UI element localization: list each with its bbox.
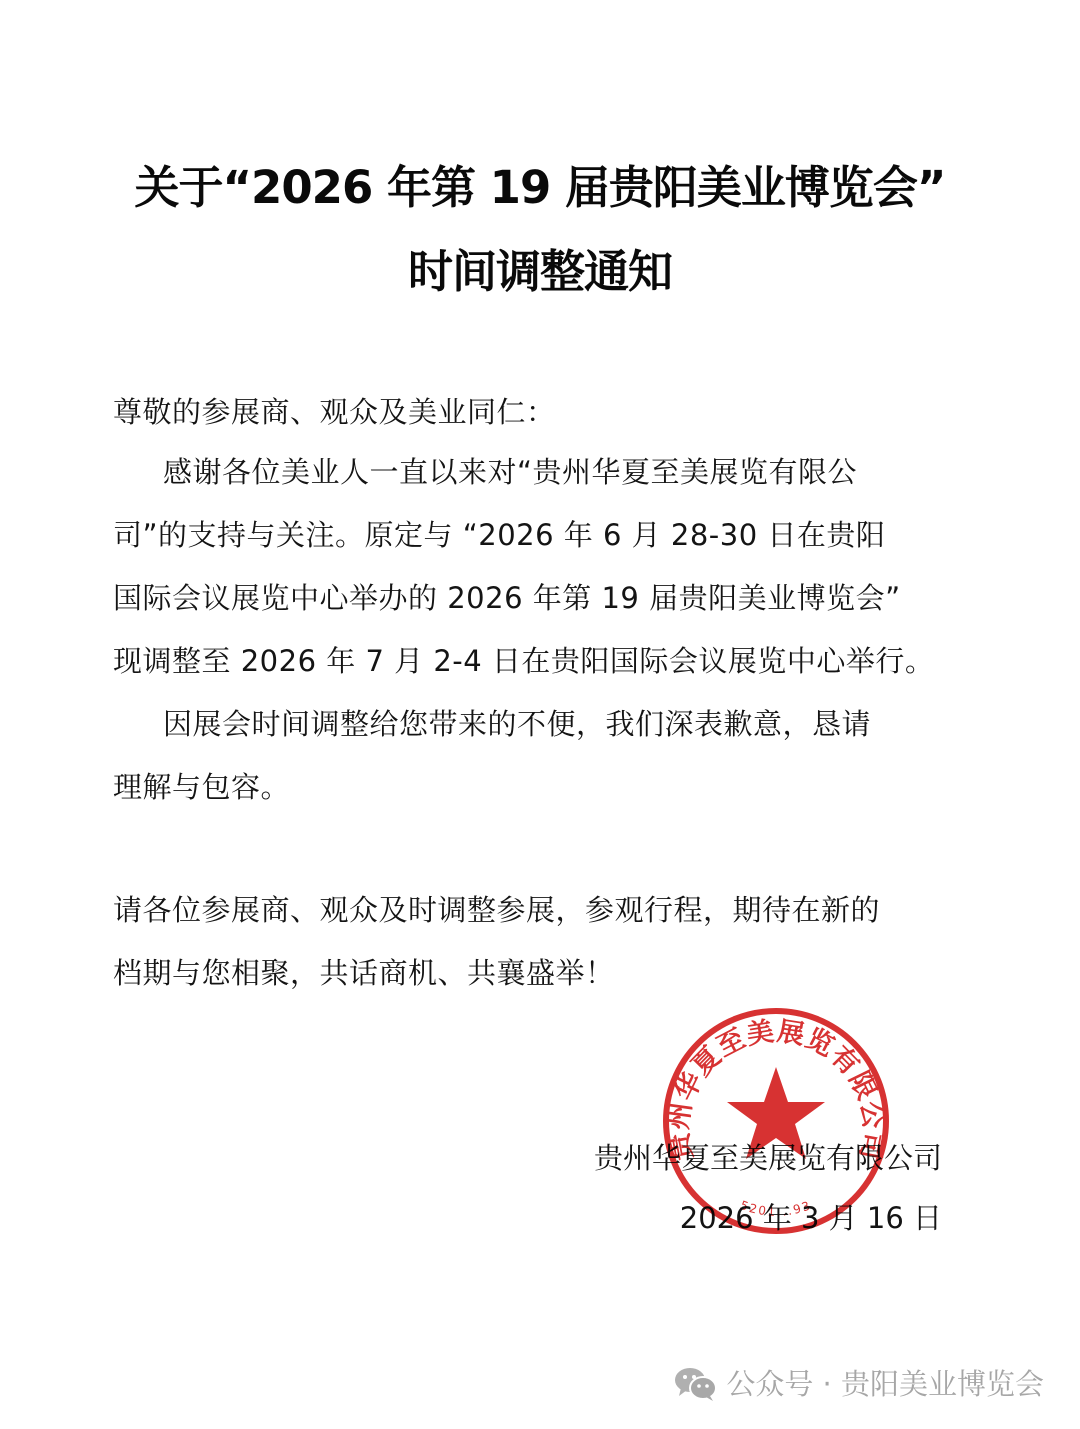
document-title-line-1: 关于“2026 年第 19 届贵阳美业博览会” — [0, 158, 1080, 218]
wechat-account-label: 公众号 · 贵阳美业博览会 — [726, 1364, 1044, 1404]
closing-line-1: 请各位参展商、观众及时调整参展，参观行程，期待在新的 — [113, 890, 880, 930]
wechat-account-watermark: 公众号 · 贵阳美业博览会 — [674, 1364, 1044, 1404]
body-line-2: 司”的支持与关注。原定与 “2026 年 6 月 28-30 日在贵阳 — [113, 515, 885, 555]
closing-line-2: 档期与您相聚，共话商机、共襄盛举！ — [113, 953, 615, 993]
body-line-4: 现调整至 2026 年 7 月 2-4 日在贵阳国际会议展览中心举行。 — [113, 641, 934, 681]
body-line-6: 理解与包容。 — [113, 767, 290, 807]
star-icon — [727, 1067, 825, 1159]
wechat-icon — [674, 1366, 718, 1402]
body-line-1: 感谢各位美业人一直以来对“贵州华夏至美展览有限公 — [163, 452, 857, 492]
stamp-code-text: 5201...93 — [738, 1198, 814, 1219]
salutation: 尊敬的参展商、观众及美业同仁： — [113, 392, 556, 432]
company-seal-stamp: 贵州华夏至美展览有限公司 5201...93 — [660, 1005, 892, 1237]
document-title-line-2: 时间调整通知 — [0, 242, 1080, 302]
body-line-3: 国际会议展览中心举办的 2026 年第 19 届贵阳美业博览会” — [113, 578, 901, 618]
body-line-5: 因展会时间调整给您带来的不便，我们深表歉意，恳请 — [163, 704, 871, 744]
